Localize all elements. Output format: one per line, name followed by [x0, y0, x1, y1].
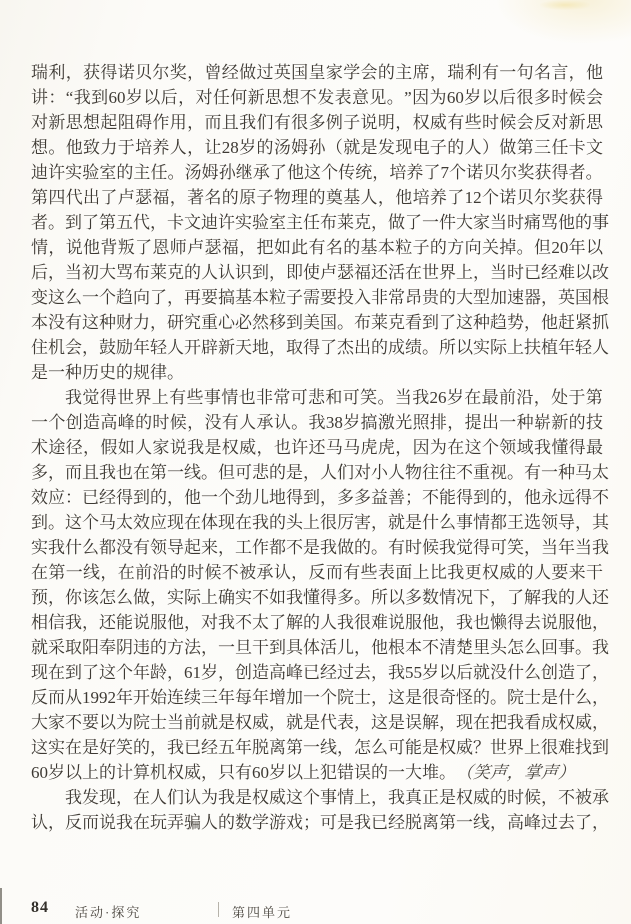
text-line: 本没有这种财力，研究重心必然移到美国。布莱克看到了这种趋势，他赶紧抓	[31, 310, 603, 335]
text-block: 瑞利，获得诺贝尔奖，曾经做过英国皇家学会的主席，瑞利有一句名言，他讲：“我到60…	[31, 60, 603, 835]
footer-divider	[218, 902, 219, 917]
text-line: 这实在是好笑的，我已经五年脱离第一线，怎么可能是权威？世界上很难找到	[31, 735, 603, 760]
text-line: 我发现，在人们认为我是权威这个事情上，我真正是权威的时候，不被承	[31, 785, 603, 810]
page-footer: 84 活动·探究 第四单元	[31, 898, 603, 920]
text-line: 一个创造高峰的时候，没有人承认。我38岁搞激光照排，提出一种崭新的技	[31, 410, 603, 435]
text-line: 多，而且我也在第一线。但可悲的是，人们对小人物往往不重视。有一种马太	[31, 460, 603, 485]
text-line: 迪许实验室的主任。汤姆孙继承了他这个传统，培养了7个诺贝尔奖获得者。	[31, 160, 603, 185]
text-line: 60岁以上的计算机权威，只有60岁以上犯错误的一大堆。（笑声，掌声）	[31, 760, 603, 785]
text-line: 住机会，鼓励年轻人开辟新天地，取得了杰出的成绩。所以实际上扶植年轻人	[31, 335, 603, 360]
text-line: 认，反而说我在玩弄骗人的数学游戏；可是我已经脱离第一线，高峰过去了，	[31, 810, 603, 835]
text-line: 效应：已经得到的，他一个劲儿地得到，多多益善；不能得到的，他永远得不	[31, 485, 603, 510]
text-line: 到。这个马太效应现在体现在我的头上很厉害，就是什么事情都王选领导，其	[31, 510, 603, 535]
text-line: 者。到了第五代，卡文迪许实验室主任布莱克，做了一件大家当时痛骂他的事	[31, 210, 603, 235]
page-number: 84	[31, 899, 49, 917]
footer-section-label: 活动·探究	[75, 902, 141, 921]
text-line: 大家不要以为院士当前就是权威，就是代表，这是误解，现在把我看成权威，	[31, 710, 603, 735]
text-line: 反而从1992年开始连续三年每年增加一个院士，这是很奇怪的。院士是什么，	[31, 685, 603, 710]
text-line: 术途径，假如人家说我是权威，也许还马马虎虎，因为在这个领域我懂得最	[31, 435, 603, 460]
text-line: 实我什么都没有领导起来，工作都不是我做的。有时候我觉得可笑，当年当我	[31, 535, 603, 560]
text-line: 想。他致力于培养人，让28岁的汤姆孙（就是发现电子的人）做第三任卡文	[31, 135, 603, 160]
text-line: 讲：“我到60岁以后，对任何新思想不发表意见。”因为60岁以后很多时候会	[31, 85, 603, 110]
text-line: 就采取阳奉阴违的方法，一旦干到具体活儿，他根本不清楚里头怎么回事。我	[31, 635, 603, 660]
text-line: 对新思想起阻碍作用，而且我们有很多例子说明，权威有些时候会反对新思	[31, 110, 603, 135]
text-line: 我觉得世界上有些事情也非常可悲和可笑。当我26岁在最前沿，处于第	[31, 385, 603, 410]
scan-edge-artifact	[0, 888, 2, 924]
text-line: 在第一线，在前沿的时候不被承认，反而有些表面上比我更权威的人要来干	[31, 560, 603, 585]
text-line: 后，当初大骂布莱克的人认识到，即使卢瑟福还活在世界上，当时已经难以改	[31, 260, 603, 285]
text-line: 第四代出了卢瑟福，著名的原子物理的奠基人，他培养了12个诺贝尔奖获得	[31, 185, 603, 210]
text-line: 现在到了这个年龄，61岁，创造高峰已经过去，我55岁以后就没什么创造了，	[31, 660, 603, 685]
text-line: 瑞利，获得诺贝尔奖，曾经做过英国皇家学会的主席，瑞利有一句名言，他	[31, 60, 603, 85]
text-line: 预，你该怎么做，实际上确实不如我懂得多。所以多数情况下，了解我的人还	[31, 585, 603, 610]
footer-unit-label: 第四单元	[232, 902, 292, 921]
text-line: 变这么一个趋向了，再要搞基本粒子需要投入非常昂贵的大型加速器，英国根	[31, 285, 603, 310]
text-line: 是一种历史的规律。	[31, 360, 603, 385]
text-line: 情，说他背叛了恩师卢瑟福，把如此有名的基本粒子的方向关掉。但20年以	[31, 235, 603, 260]
text-line: 相信我，还能说服他，对我不太了解的人我很难说服他，我也懒得去说服他，	[31, 610, 603, 635]
